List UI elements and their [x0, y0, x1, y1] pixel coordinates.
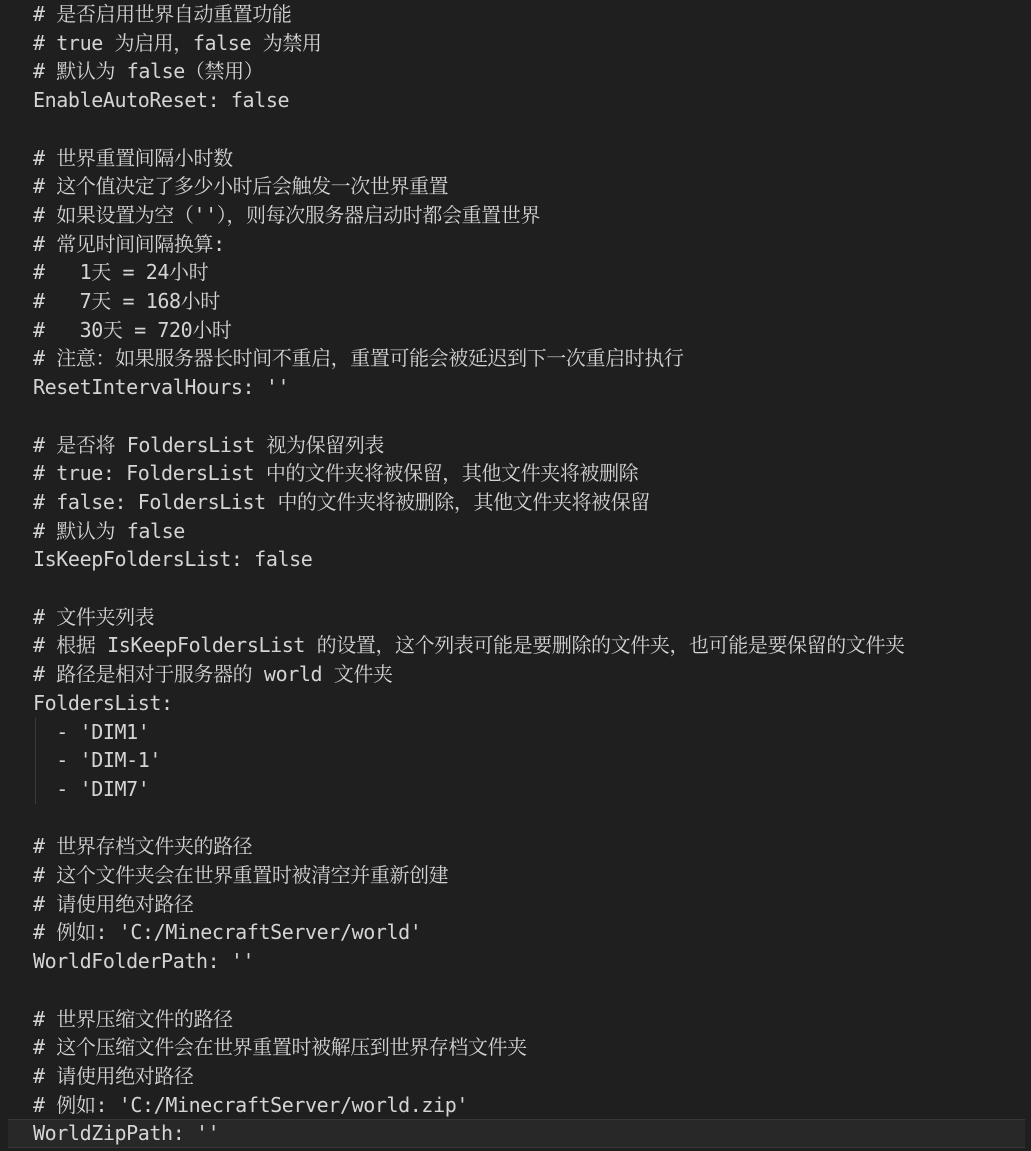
code-line[interactable] — [0, 402, 1031, 431]
code-line[interactable]: # 世界存档文件夹的路径 — [0, 832, 1031, 861]
code-line[interactable] — [0, 574, 1031, 603]
code-line[interactable]: # 文件夹列表 — [0, 603, 1031, 632]
code-line[interactable]: # 这个压缩文件会在世界重置时被解压到世界存档文件夹 — [0, 1033, 1031, 1062]
code-line[interactable]: # 默认为 false（禁用） — [0, 57, 1031, 86]
code-line[interactable]: WorldFolderPath: '' — [0, 947, 1031, 976]
code-line[interactable]: # 路径是相对于服务器的 world 文件夹 — [0, 660, 1031, 689]
code-line[interactable]: # 1天 = 24小时 — [0, 258, 1031, 287]
code-line[interactable]: - 'DIM1' — [0, 718, 1031, 747]
code-line[interactable]: # false: FoldersList 中的文件夹将被删除，其他文件夹将被保留 — [0, 488, 1031, 517]
code-line[interactable]: # true: FoldersList 中的文件夹将被保留，其他文件夹将被删除 — [0, 459, 1031, 488]
code-line[interactable]: # 这个文件夹会在世界重置时被清空并重新创建 — [0, 861, 1031, 890]
code-line[interactable]: # 世界压缩文件的路径 — [0, 1005, 1031, 1034]
code-line[interactable] — [0, 804, 1031, 833]
code-line[interactable]: # 注意：如果服务器长时间不重启，重置可能会被延迟到下一次重启时执行 — [0, 344, 1031, 373]
code-line[interactable] — [0, 115, 1031, 144]
code-line[interactable]: # 默认为 false — [0, 517, 1031, 546]
code-line[interactable]: ResetIntervalHours: '' — [0, 373, 1031, 402]
code-line[interactable]: - 'DIM-1' — [0, 746, 1031, 775]
code-line[interactable]: # true 为启用，false 为禁用 — [0, 29, 1031, 58]
code-line[interactable]: # 是否启用世界自动重置功能 — [0, 0, 1031, 29]
code-line[interactable]: # 30天 = 720小时 — [0, 316, 1031, 345]
code-line[interactable]: # 是否将 FoldersList 视为保留列表 — [0, 431, 1031, 460]
code-line[interactable]: # 世界重置间隔小时数 — [0, 144, 1031, 173]
code-line[interactable]: # 例如: 'C:/MinecraftServer/world' — [0, 918, 1031, 947]
code-line[interactable]: # 例如: 'C:/MinecraftServer/world.zip' — [0, 1091, 1031, 1120]
code-lines: # 是否启用世界自动重置功能# true 为启用，false 为禁用# 默认为 … — [0, 0, 1031, 1148]
code-line[interactable]: # 根据 IsKeepFoldersList 的设置，这个列表可能是要删除的文件… — [0, 631, 1031, 660]
code-line-current[interactable]: WorldZipPath: '' — [0, 1119, 1031, 1148]
code-line[interactable]: # 7天 = 168小时 — [0, 287, 1031, 316]
code-line[interactable]: IsKeepFoldersList: false — [0, 545, 1031, 574]
code-line[interactable]: # 请使用绝对路径 — [0, 1062, 1031, 1091]
code-line[interactable] — [0, 976, 1031, 1005]
code-editor[interactable]: # 是否启用世界自动重置功能# true 为启用，false 为禁用# 默认为 … — [0, 0, 1031, 1151]
code-line[interactable]: EnableAutoReset: false — [0, 86, 1031, 115]
code-line[interactable]: # 常见时间间隔换算: — [0, 230, 1031, 259]
code-line[interactable]: # 这个值决定了多少小时后会触发一次世界重置 — [0, 172, 1031, 201]
code-line[interactable]: - 'DIM7' — [0, 775, 1031, 804]
code-line[interactable]: # 请使用绝对路径 — [0, 890, 1031, 919]
code-line[interactable]: FoldersList: — [0, 689, 1031, 718]
code-line[interactable]: # 如果设置为空（''），则每次服务器启动时都会重置世界 — [0, 201, 1031, 230]
